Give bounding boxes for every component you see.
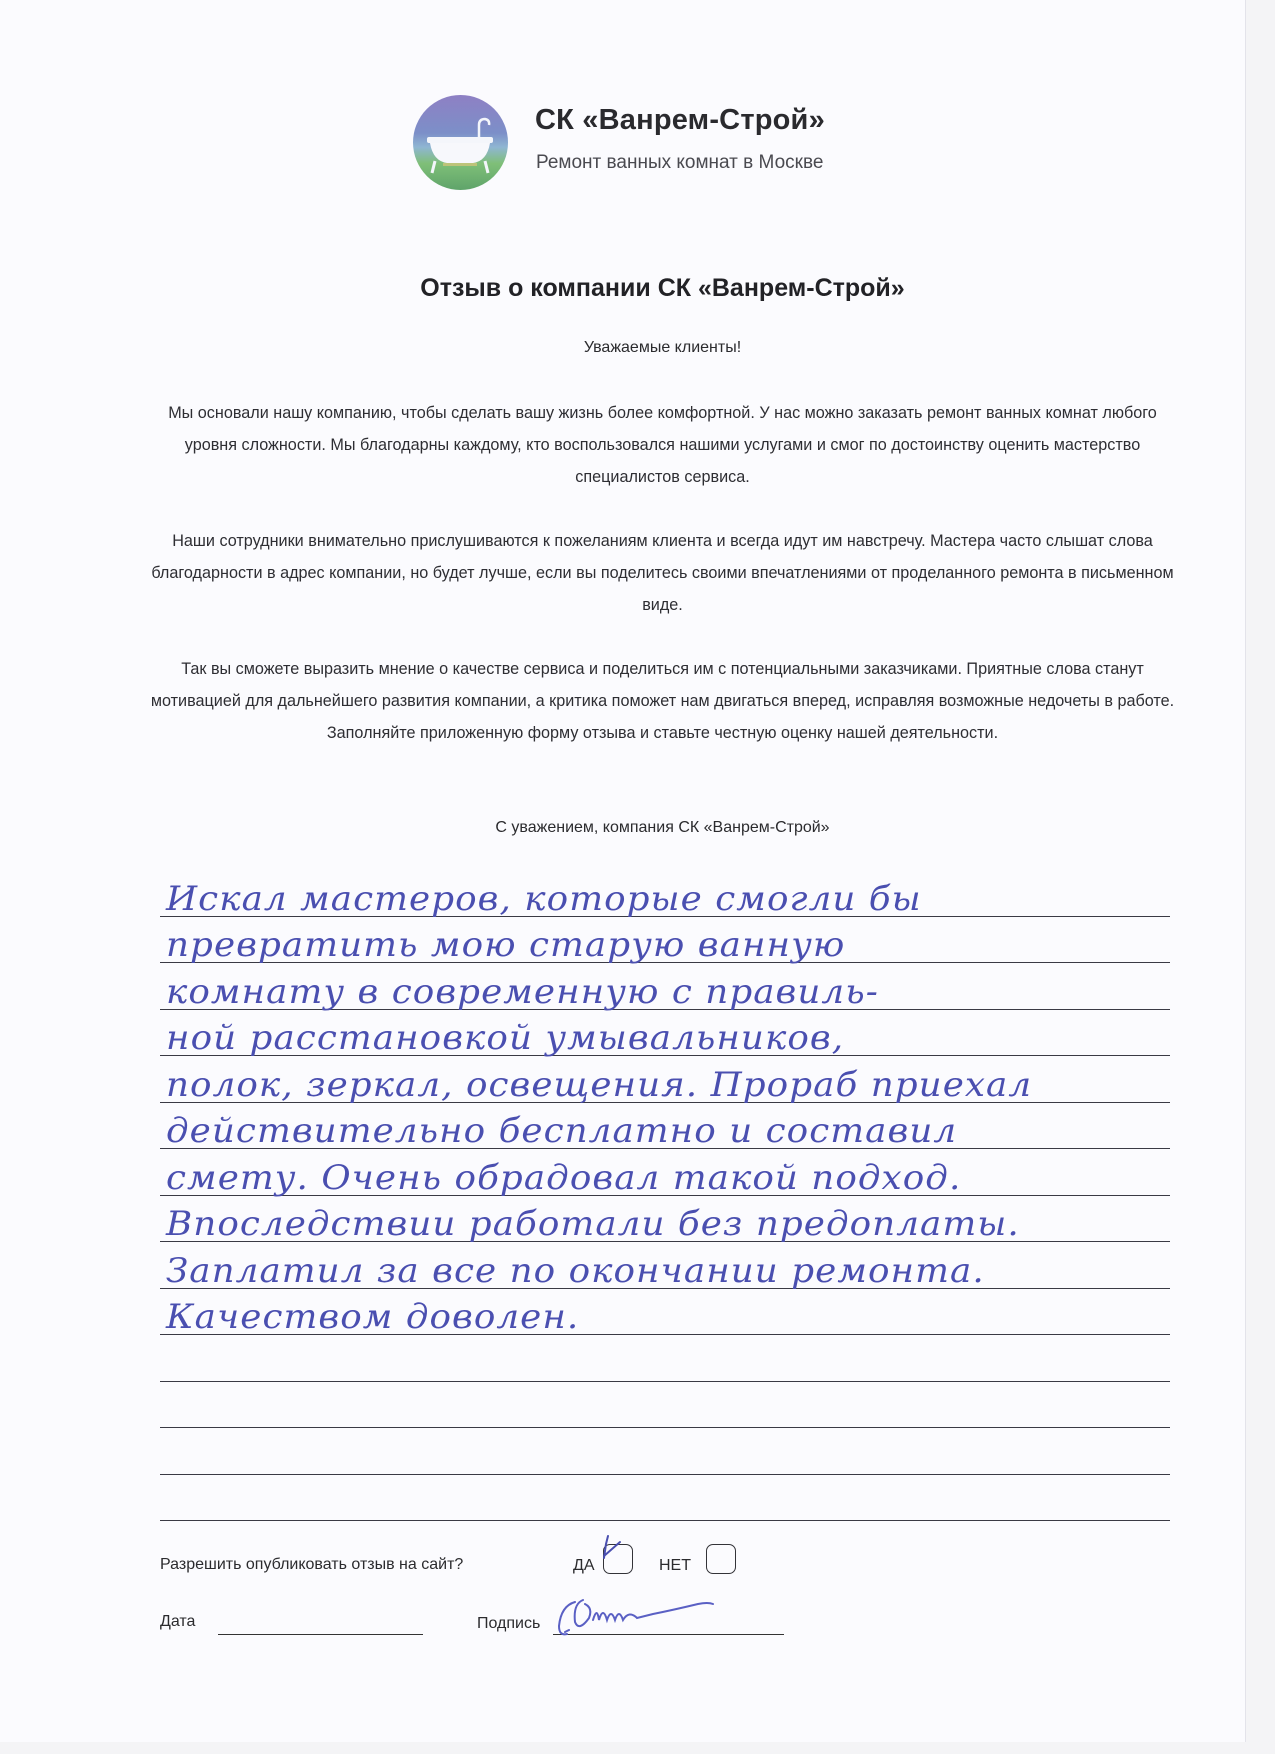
yes-label: ДА	[573, 1557, 595, 1575]
handwritten-text: действительно бесплатно и составил	[166, 1111, 957, 1151]
checkmark-icon	[600, 1534, 630, 1574]
handwritten-text: ной расстановкой умывальников,	[166, 1018, 844, 1058]
review-line-empty[interactable]	[160, 1382, 1170, 1429]
handwritten-text: Впоследствии работали без предоплаты.	[166, 1204, 1020, 1244]
handwritten-text: Заплатил за все по окончании ремонта.	[166, 1251, 985, 1291]
review-line-empty[interactable]	[160, 1475, 1170, 1522]
review-line[interactable]: ной расстановкой умывальников,	[160, 1010, 1170, 1057]
regards-signoff: С уважением, компания СК «Ванрем-Строй»	[0, 819, 1275, 837]
review-line[interactable]: полок, зеркал, освещения. Прораб приехал	[160, 1056, 1170, 1103]
review-form-page: СК «Ванрем-Строй» Ремонт ванных комнат в…	[0, 0, 1246, 1742]
handwritten-text: Искал мастеров, которые смогли бы	[166, 879, 922, 919]
company-name: СК «Ванрем-Строй»	[535, 104, 825, 137]
handwritten-text: Качеством доволен.	[166, 1297, 579, 1337]
review-line[interactable]: смету. Очень обрадовал такой подход.	[160, 1149, 1170, 1196]
review-line-empty[interactable]	[160, 1428, 1170, 1475]
review-line[interactable]: Впоследствии работали без предоплаты.	[160, 1196, 1170, 1243]
greeting: Уважаемые клиенты!	[0, 339, 1275, 357]
handwritten-text: комнату в современную с правиль-	[166, 972, 879, 1012]
date-label: Дата	[160, 1613, 195, 1631]
handwritten-text: превратить мою старую ванную	[166, 925, 845, 965]
document-title: Отзыв о компании СК «Ванрем-Строй»	[0, 274, 1275, 303]
intro-paragraph-2: Наши сотрудники внимательно прислушивают…	[140, 525, 1185, 621]
date-field[interactable]	[218, 1634, 423, 1635]
review-line[interactable]: комнату в современную с правиль-	[160, 963, 1170, 1010]
signature-icon	[553, 1592, 803, 1652]
publish-question: Разрешить опубликовать отзыв на сайт?	[160, 1556, 463, 1574]
review-text-area[interactable]: Искал мастеров, которые смогли бы превра…	[160, 870, 1170, 1521]
review-line[interactable]: Качеством доволен.	[160, 1289, 1170, 1336]
signature-label: Подпись	[477, 1615, 540, 1633]
review-line[interactable]: действительно бесплатно и составил	[160, 1103, 1170, 1150]
review-line[interactable]: Искал мастеров, которые смогли бы	[160, 870, 1170, 917]
bathtub-icon	[413, 95, 508, 190]
handwritten-text: смету. Очень обрадовал такой подход.	[166, 1158, 961, 1198]
intro-paragraph-1: Мы основали нашу компанию, чтобы сделать…	[140, 397, 1185, 493]
company-tagline: Ремонт ванных комнат в Москве	[536, 152, 823, 174]
review-line[interactable]: Заплатил за все по окончании ремонта.	[160, 1242, 1170, 1289]
no-checkbox[interactable]	[706, 1544, 736, 1574]
handwritten-text: полок, зеркал, освещения. Прораб приехал	[166, 1065, 1032, 1105]
review-line[interactable]: превратить мою старую ванную	[160, 917, 1170, 964]
no-label: НЕТ	[659, 1557, 691, 1575]
review-line-empty[interactable]	[160, 1335, 1170, 1382]
intro-paragraph-3: Так вы сможете выразить мнение о качеств…	[140, 653, 1185, 749]
